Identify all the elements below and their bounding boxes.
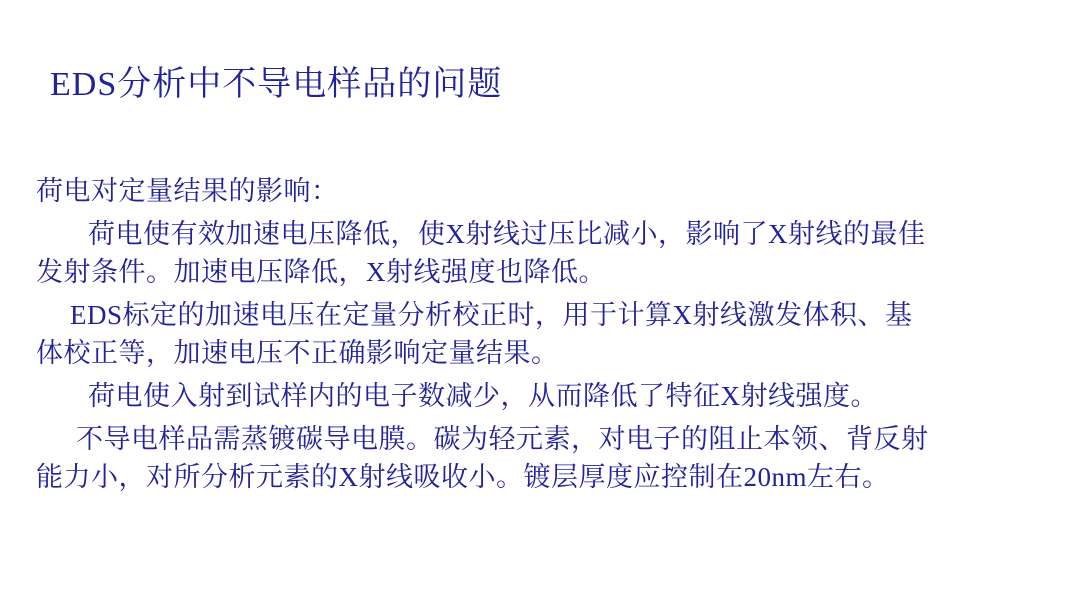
body-line: 能力小，对所分析元素的X射线吸收小。镀层厚度应控制在20nm左右。 xyxy=(36,458,1046,496)
body-line: 荷电使入射到试样内的电子数减少，从而降低了特征X射线强度。 xyxy=(36,377,1046,415)
body-line: 发射条件。加速电压降低，X射线强度也降低。 xyxy=(36,253,1046,291)
body-line: 不导电样品需蒸镀碳导电膜。碳为轻元素，对电子的阻止本领、背反射 xyxy=(36,420,1046,458)
body-line: 体校正等，加速电压不正确影响定量结果。 xyxy=(36,334,1046,372)
body-line: 荷电使有效加速电压降低，使X射线过压比减小，影响了X射线的最佳 xyxy=(36,215,1046,253)
body-line-heading: 荷电对定量结果的影响： xyxy=(36,172,1046,210)
slide-body: 荷电对定量结果的影响： 荷电使有效加速电压降低，使X射线过压比减小，影响了X射线… xyxy=(36,172,1046,496)
slide-title: EDS分析中不导电样品的问题 xyxy=(50,56,502,105)
body-line: EDS标定的加速电压在定量分析校正时，用于计算X射线激发体积、基 xyxy=(36,296,1046,334)
slide: EDS分析中不导电样品的问题 荷电对定量结果的影响： 荷电使有效加速电压降低，使… xyxy=(0,0,1080,608)
